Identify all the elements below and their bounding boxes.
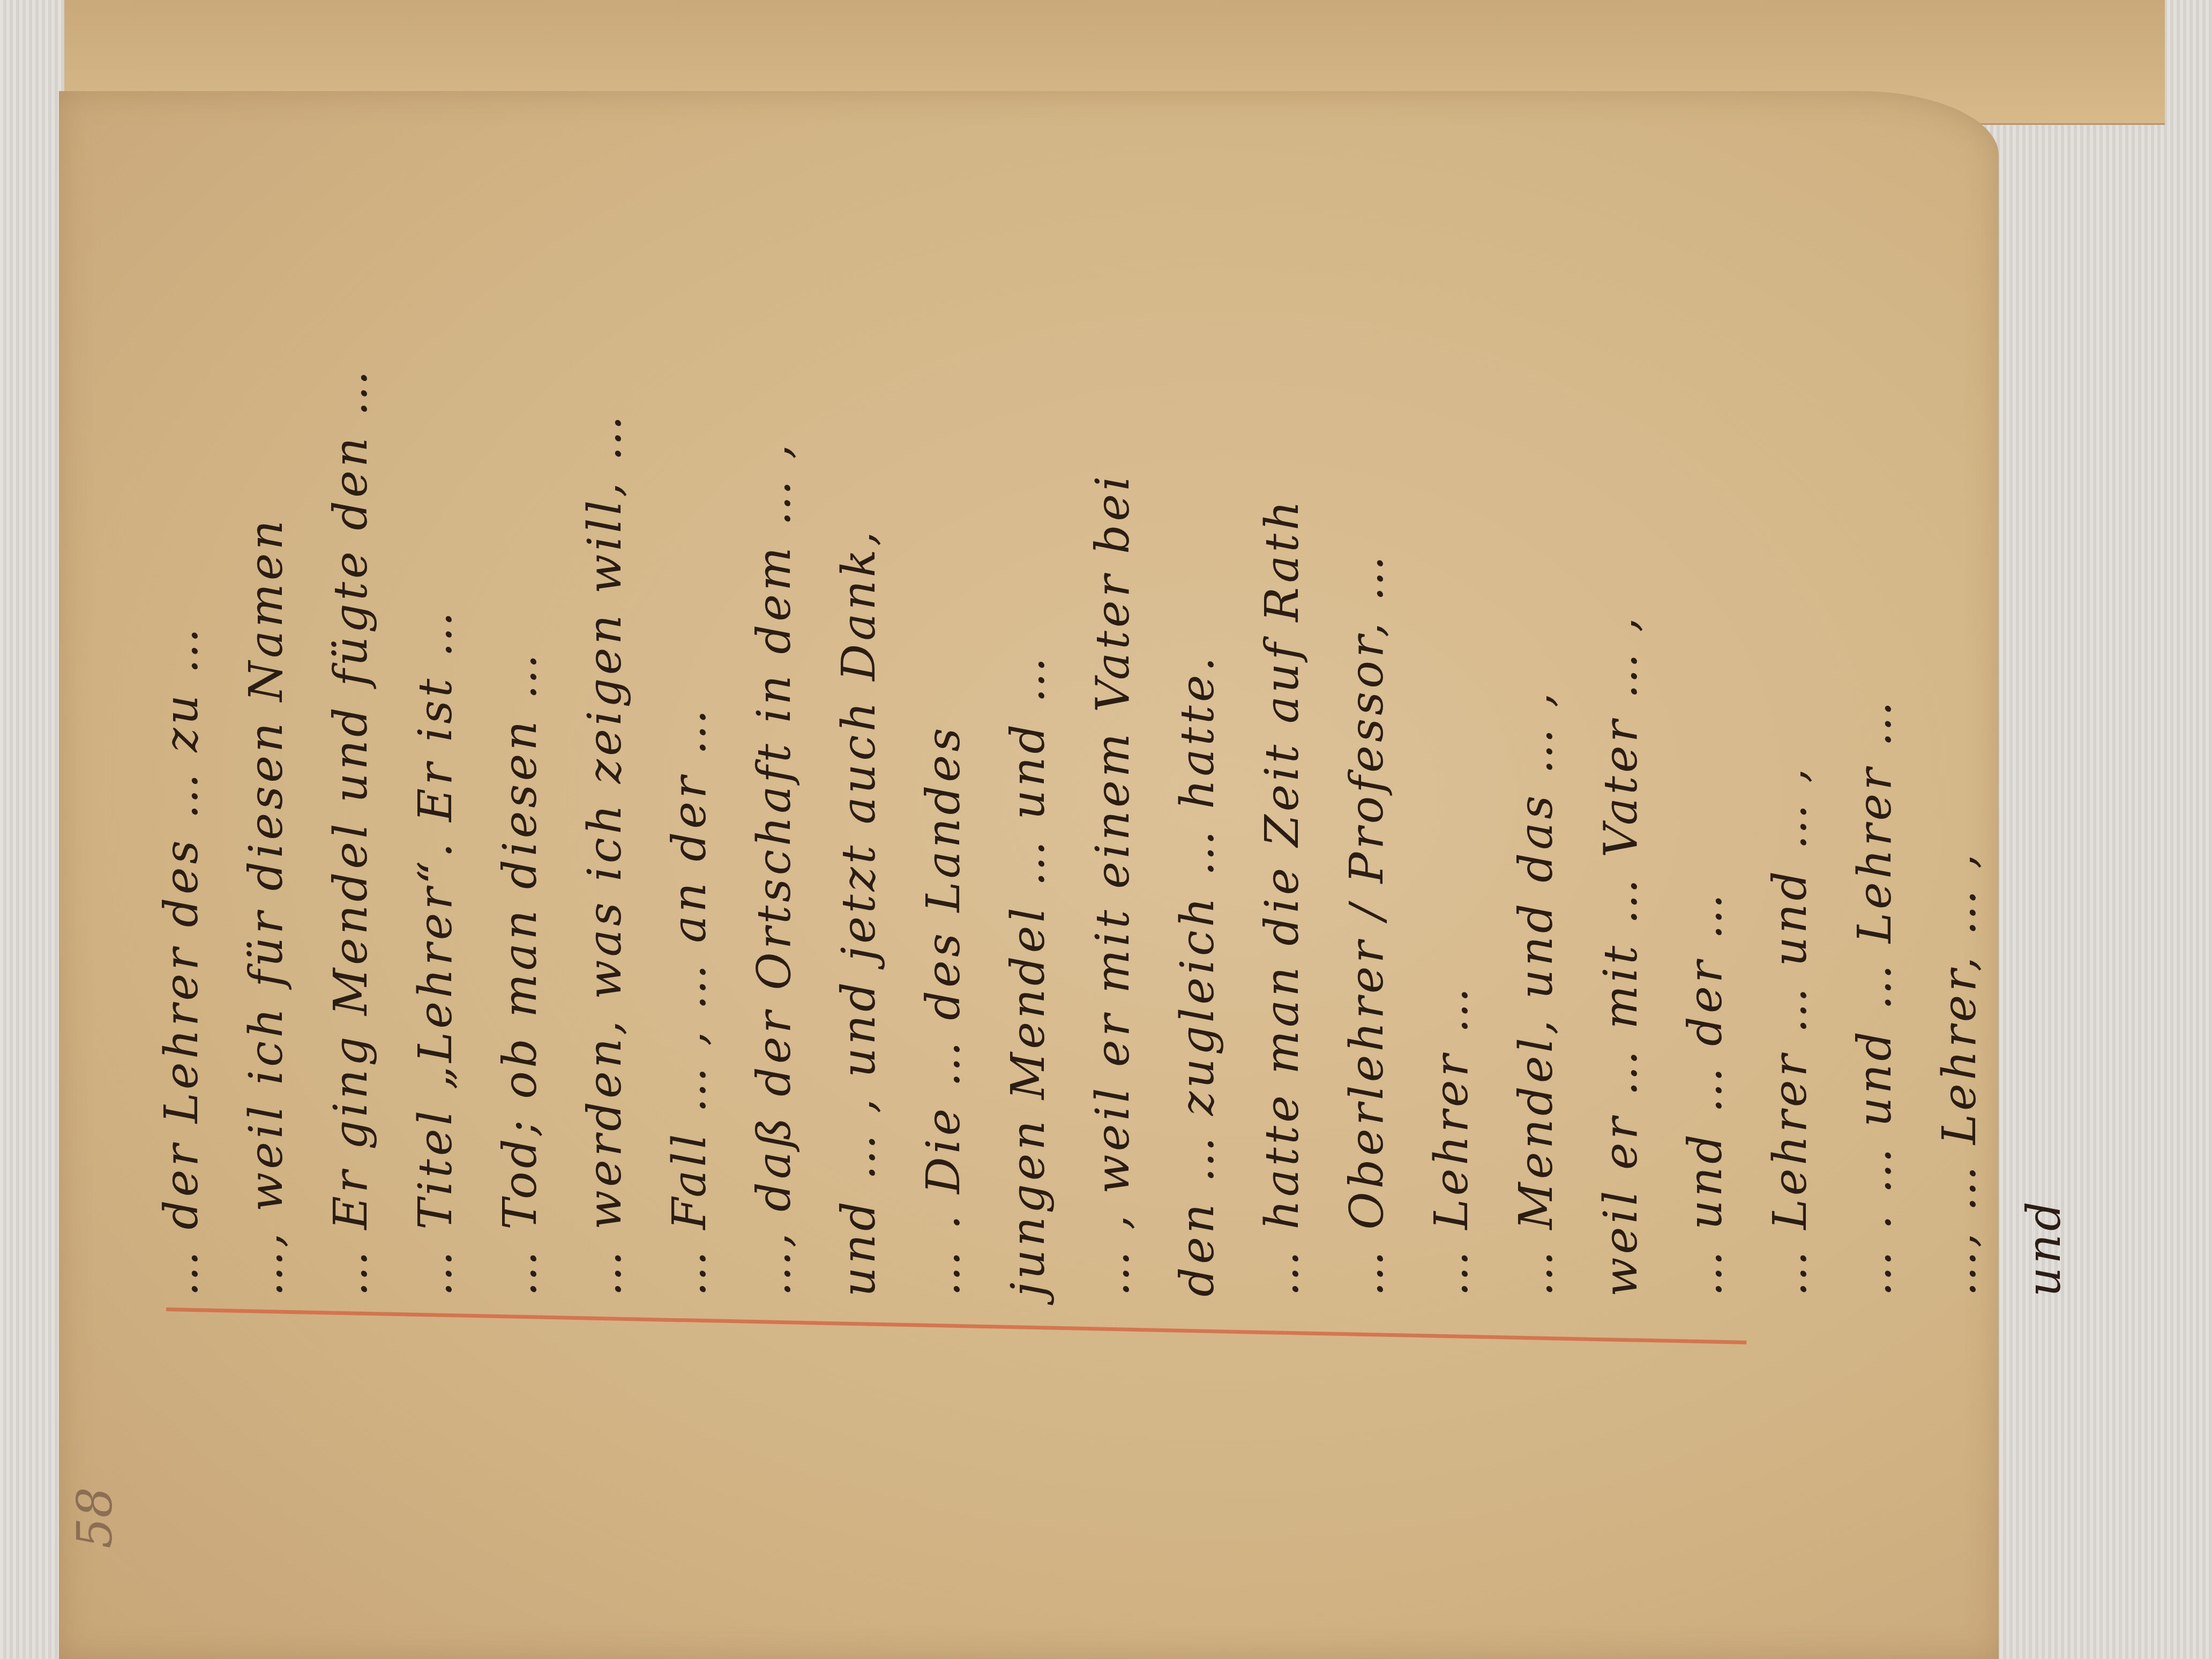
text-line: …, daß der Ortschaft in dem … , xyxy=(732,0,817,1297)
text-line: und xyxy=(2002,0,2087,1297)
text-line: … . Die … des Landes xyxy=(901,0,986,1297)
text-line: … und … der … xyxy=(1663,0,1748,1297)
text-line: … werden, was ich zeigen will, … xyxy=(563,0,647,1297)
text-line: …, weil ich für diesen Namen xyxy=(224,0,309,1297)
text-line: … Lehrer … und … , xyxy=(1748,0,1833,1297)
text-line: … Tod; ob man diesen … xyxy=(478,0,563,1297)
text-line: … Lehrer … xyxy=(1409,0,1494,1297)
text-line: den … zugleich … hatte. xyxy=(1155,0,1240,1297)
text-line: … Oberlehrer / Professor, … xyxy=(1325,0,1409,1297)
text-line: und … , und jetzt auch Dank, xyxy=(817,0,901,1297)
text-line: … Er ging Mendel und fügte den … xyxy=(309,0,393,1297)
text-line: … Fall … , … an der … xyxy=(647,0,732,1297)
text-line: … . … und … Lehrer … xyxy=(1833,0,1917,1297)
text-line: jungen Mendel … und … xyxy=(986,0,1071,1297)
text-line: … Titel „Lehrer“. Er ist … xyxy=(393,0,478,1297)
text-line: weil er … mit … Vater … , xyxy=(1579,0,1663,1297)
text-line: … Mendel, und das … , xyxy=(1494,0,1579,1297)
text-line: … , weil er mit einem Vater bei xyxy=(1071,0,1155,1297)
text-line: …, … Lehrer, … , xyxy=(1917,0,2002,1297)
handwritten-text: … der Lehrer des … zu … …, weil ich für … xyxy=(139,0,2015,1297)
page-number: 58 xyxy=(67,1487,123,1549)
text-line: … der Lehrer des … zu … xyxy=(139,0,224,1297)
text-line: … hatte man die Zeit auf Rath xyxy=(1240,0,1325,1297)
